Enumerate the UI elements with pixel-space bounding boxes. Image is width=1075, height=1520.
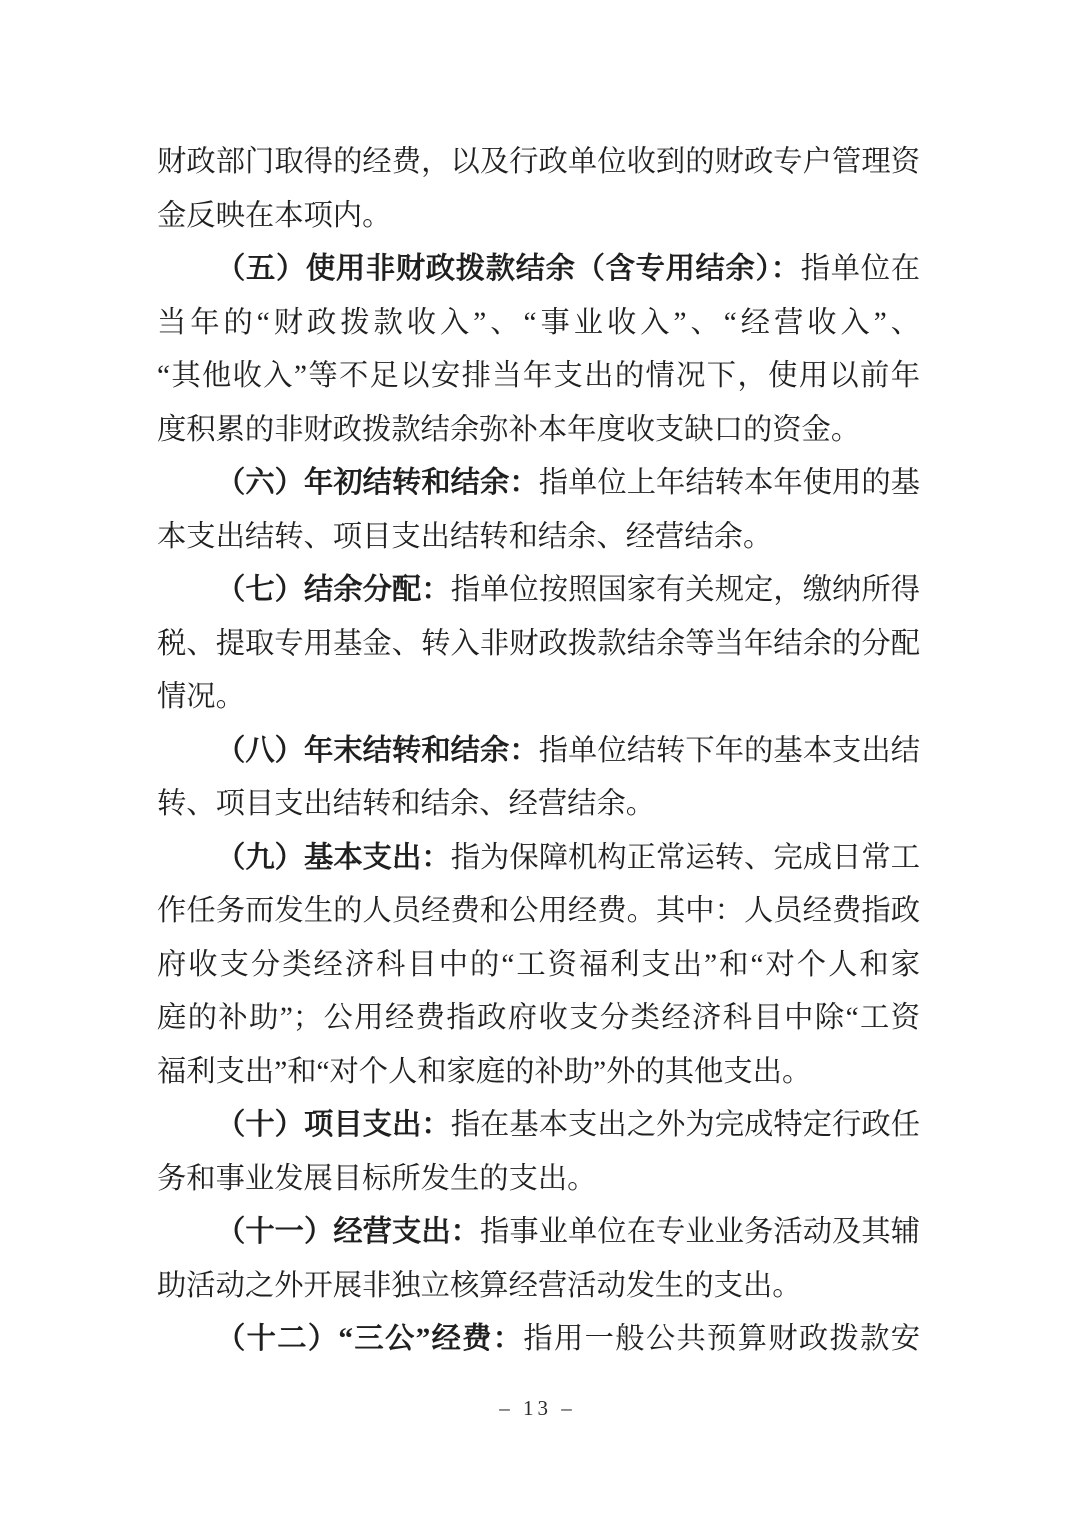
heading-text-run: （十二）“三公”经费： <box>216 1323 523 1355</box>
body-text-run: 情况。 <box>157 681 245 713</box>
body-text-run: 度积累的非财政拨款结余弥补本年度收支缺口的资金。 <box>157 414 860 446</box>
body-text-run: 财政部门取得的经费，以及行政单位收到的财政专户管理资 <box>157 146 920 178</box>
document-page: 财政部门取得的经费，以及行政单位收到的财政专户管理资金反映在本项内。（五）使用非… <box>0 0 1075 1520</box>
text-line: 税、提取专用基金、转入非财政拨款结余等当年结余的分配 <box>157 618 920 672</box>
heading-text-run: （六）年初结转和结余： <box>216 467 539 499</box>
page-footer: – 13 – <box>0 1396 1075 1421</box>
text-line: 当年的“财政拨款收入”、“事业收入”、“经营收入”、 <box>157 297 920 351</box>
text-line: （五）使用非财政拨款结余（含专用结余）：指单位在 <box>157 243 920 297</box>
body-text-run: 指事业单位在专业业务活动及其辅 <box>480 1216 920 1248</box>
body-text-run: 指为保障机构正常运转、完成日常工 <box>451 842 920 874</box>
body-text-run: 务和事业发展目标所发生的支出。 <box>157 1163 596 1195</box>
body-text-run: 福利支出”和“对个人和家庭的补助”外的其他支出。 <box>157 1056 811 1088</box>
heading-text-run: （八）年末结转和结余： <box>216 735 539 767</box>
page-number: – 13 – <box>499 1396 576 1420</box>
text-line: （八）年末结转和结余：指单位结转下年的基本支出结 <box>157 725 920 779</box>
text-line: （六）年初结转和结余：指单位上年结转本年使用的基 <box>157 457 920 511</box>
body-text-run: 指在基本支出之外为完成特定行政任 <box>451 1109 920 1141</box>
body-text-run: 庭的补助”；公用经费指政府收支分类经济科目中除“工资 <box>157 1002 920 1034</box>
body-text-run: 指用一般公共预算财政拨款安 <box>523 1323 920 1355</box>
document-body: 财政部门取得的经费，以及行政单位收到的财政专户管理资金反映在本项内。（五）使用非… <box>157 136 920 1367</box>
text-line: （十）项目支出：指在基本支出之外为完成特定行政任 <box>157 1099 920 1153</box>
text-line: 福利支出”和“对个人和家庭的补助”外的其他支出。 <box>157 1046 920 1100</box>
text-line: （十一）经营支出：指事业单位在专业业务活动及其辅 <box>157 1206 920 1260</box>
text-line: 府收支分类经济科目中的“工资福利支出”和“对个人和家 <box>157 939 920 993</box>
body-text-run: 税、提取专用基金、转入非财政拨款结余等当年结余的分配 <box>157 628 920 660</box>
heading-text-run: （七）结余分配： <box>216 574 451 606</box>
body-text-run: 助活动之外开展非独立核算经营活动发生的支出。 <box>157 1270 802 1302</box>
text-line: 度积累的非财政拨款结余弥补本年度收支缺口的资金。 <box>157 404 920 458</box>
text-line: 本支出结转、项目支出结转和结余、经营结余。 <box>157 511 920 565</box>
heading-text-run: （五）使用非财政拨款结余（含专用结余）： <box>216 253 801 285</box>
text-line: （七）结余分配：指单位按照国家有关规定，缴纳所得 <box>157 564 920 618</box>
text-line: 转、项目支出结转和结余、经营结余。 <box>157 778 920 832</box>
body-text-run: “其他收入”等不足以安排当年支出的情况下，使用以前年 <box>157 360 920 392</box>
heading-text-run: （九）基本支出： <box>216 842 451 874</box>
heading-text-run: （十一）经营支出： <box>216 1216 480 1248</box>
text-line: “其他收入”等不足以安排当年支出的情况下，使用以前年 <box>157 350 920 404</box>
text-line: 金反映在本项内。 <box>157 190 920 244</box>
text-line: 务和事业发展目标所发生的支出。 <box>157 1153 920 1207</box>
body-text-run: 转、项目支出结转和结余、经营结余。 <box>157 788 655 820</box>
text-line: （十二）“三公”经费：指用一般公共预算财政拨款安 <box>157 1313 920 1367</box>
body-text-run: 指单位在 <box>801 253 920 285</box>
heading-text-run: （十）项目支出： <box>216 1109 451 1141</box>
text-line: 财政部门取得的经费，以及行政单位收到的财政专户管理资 <box>157 136 920 190</box>
body-text-run: 府收支分类经济科目中的“工资福利支出”和“对个人和家 <box>157 949 920 981</box>
text-line: 情况。 <box>157 671 920 725</box>
text-line: 助活动之外开展非独立核算经营活动发生的支出。 <box>157 1260 920 1314</box>
body-text-run: 本支出结转、项目支出结转和结余、经营结余。 <box>157 521 772 553</box>
body-text-run: 当年的“财政拨款收入”、“事业收入”、“经营收入”、 <box>157 307 920 339</box>
body-text-run: 指单位按照国家有关规定，缴纳所得 <box>451 574 920 606</box>
body-text-run: 指单位上年结转本年使用的基 <box>539 467 920 499</box>
body-text-run: 作任务而发生的人员经费和公用经费。其中：人员经费指政 <box>157 895 920 927</box>
body-text-run: 指单位结转下年的基本支出结 <box>539 735 920 767</box>
text-line: 庭的补助”；公用经费指政府收支分类经济科目中除“工资 <box>157 992 920 1046</box>
text-line: 作任务而发生的人员经费和公用经费。其中：人员经费指政 <box>157 885 920 939</box>
body-text-run: 金反映在本项内。 <box>157 200 391 232</box>
text-line: （九）基本支出：指为保障机构正常运转、完成日常工 <box>157 832 920 886</box>
